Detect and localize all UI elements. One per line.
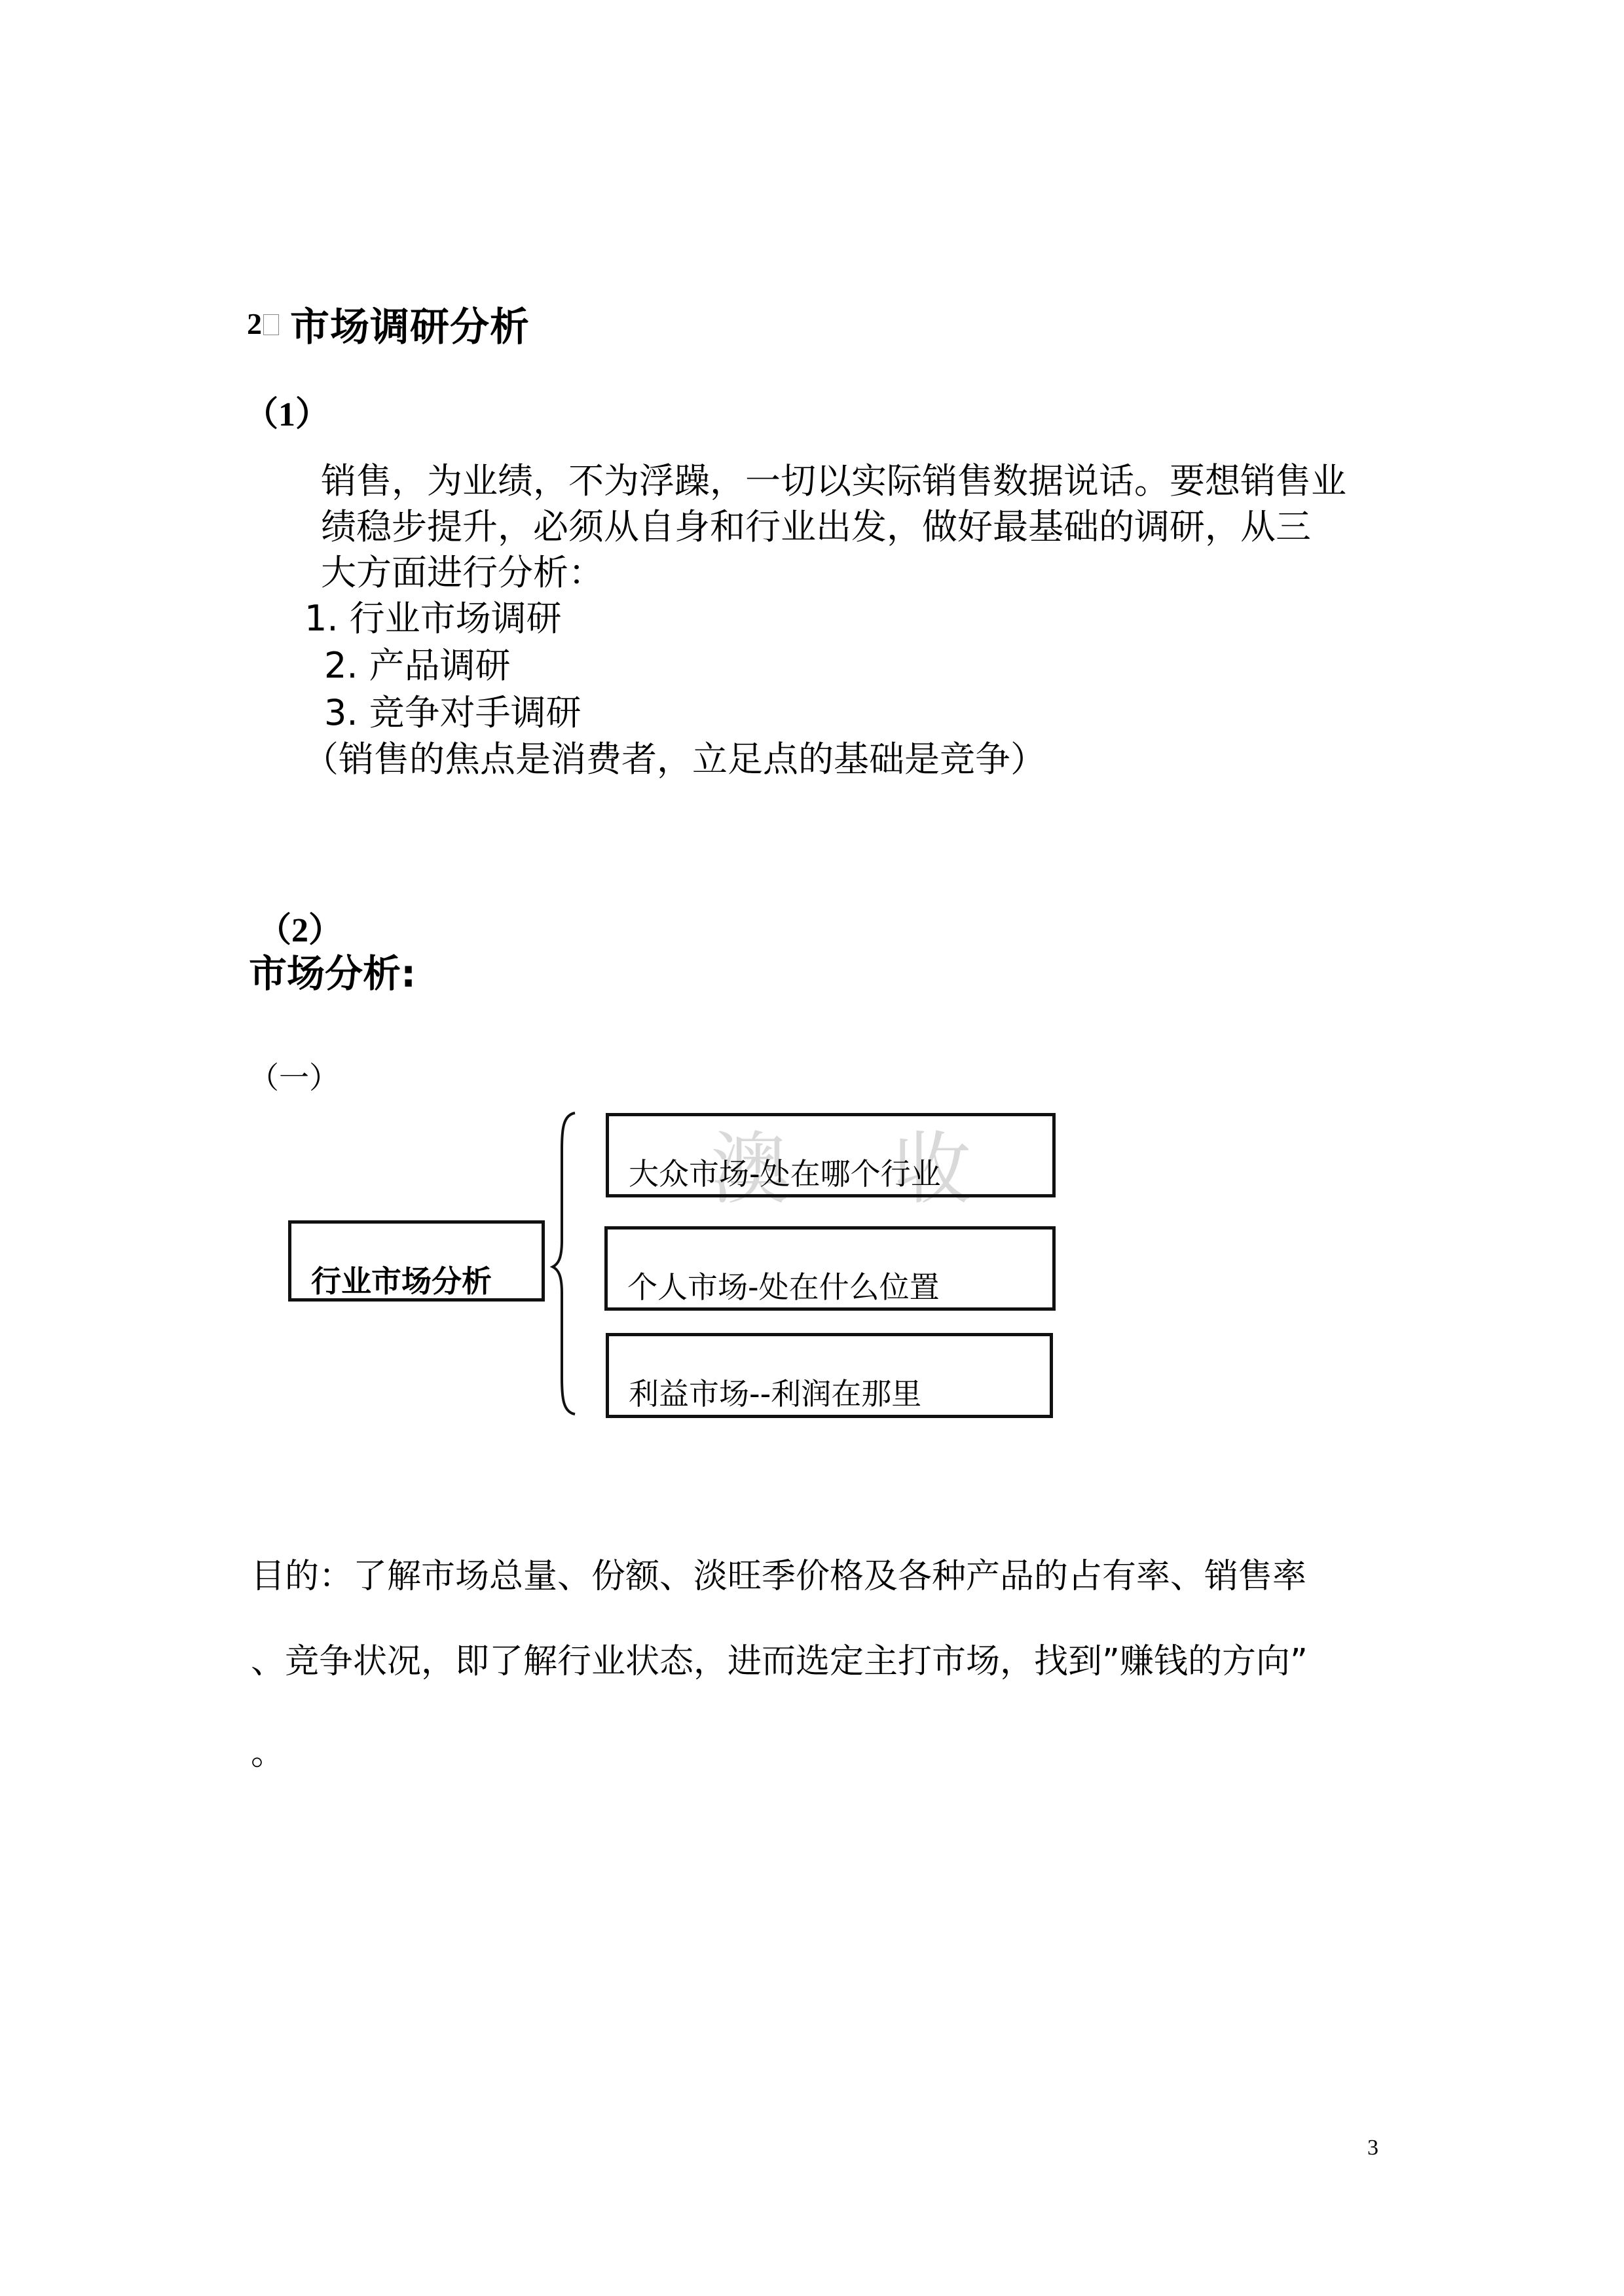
page-number: 3 <box>1367 2136 1378 2160</box>
paragraph-line-2: 绩稳步提升，必须从自身和行业出发，做好最基础的调研，从三 <box>321 504 1311 550</box>
purpose-line-2: 、竞争状况，即了解行业状态，进而选定主打市场，找到”赚钱的方向” <box>251 1633 1308 1683</box>
left-brace-icon <box>549 1110 581 1417</box>
list-item-competitor-research: 3. 竞争对手调研 <box>324 690 581 736</box>
list-item-product-research: 2. 产品调研 <box>324 643 511 689</box>
section-2-title: 市场分析: <box>249 943 416 998</box>
diagram-branch-label: 大众市场-处在哪个行业 <box>629 1150 941 1194</box>
note-text: （销售的焦点是消费者，立足点的基础是竞争） <box>303 737 1046 782</box>
page-title: 市场调研分析 <box>290 296 530 352</box>
paragraph-line-3: 大方面进行分析： <box>321 550 604 596</box>
diagram-branch-label: 个人市场-处在什么位置 <box>627 1264 940 1307</box>
heading-number: 2 <box>247 306 279 341</box>
diagram-root-box: 行业市场分析 <box>288 1220 545 1302</box>
diagram-branch-box-profit-market: 利益市场--利润在那里 <box>606 1333 1053 1418</box>
missing-glyph-box <box>263 314 279 335</box>
list-item-industry-research: 1. 行业市场调研 <box>304 596 562 642</box>
heading-number-text: 2 <box>247 307 262 340</box>
diagram-branch-box-mass-market: 大众市场-处在哪个行业 <box>606 1113 1056 1197</box>
section-1-label: （1） <box>244 386 329 435</box>
purpose-line-3: 。 <box>251 1725 285 1774</box>
diagram-root-label: 行业市场分析 <box>311 1258 492 1301</box>
diagram-branch-box-personal-market: 个人市场-处在什么位置 <box>604 1226 1056 1311</box>
section-2-sub-label: （一） <box>249 1054 339 1097</box>
purpose-line-1: 目的：了解市场总量、份额、淡旺季价格及各种产品的占有率、销售率 <box>251 1548 1306 1597</box>
diagram-branch-label: 利益市场--利润在那里 <box>629 1370 921 1413</box>
paragraph-line-1: 销售，为业绩，不为浮躁，一切以实际销售数据说话。要想销售业 <box>321 458 1346 504</box>
